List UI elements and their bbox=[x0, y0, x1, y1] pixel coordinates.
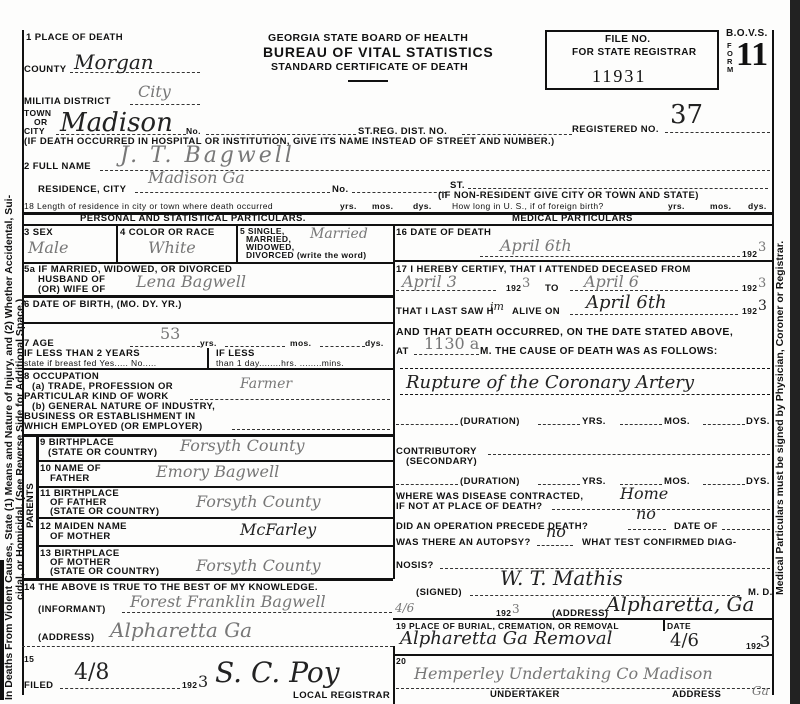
undertaker-label: UNDERTAKER bbox=[490, 689, 560, 700]
file-registrar-label: FOR STATE REGISTRAR bbox=[572, 47, 696, 58]
attended-from-year-prefix: 192 bbox=[506, 283, 521, 293]
burial-year[interactable]: 3 bbox=[760, 632, 770, 651]
form-word: FORM bbox=[727, 42, 735, 74]
length-mos: mos. bbox=[372, 201, 393, 211]
physician-address[interactable]: Alpharetta, Ga bbox=[606, 592, 754, 616]
full-name-label: 2 FULL NAME bbox=[24, 161, 91, 172]
color-value[interactable]: White bbox=[148, 238, 196, 257]
last-saw-value[interactable]: April 6th bbox=[586, 292, 667, 313]
section-1-label: 1 PLACE OF DEATH bbox=[26, 32, 123, 43]
city-value[interactable]: Madison bbox=[60, 108, 173, 138]
duration-2-yrs: YRS. bbox=[582, 476, 606, 487]
length-residence-label: 18 Length of residence in city or town w… bbox=[24, 201, 273, 211]
sex-label: 3 SEX bbox=[24, 227, 53, 238]
parents-label: PARENTS bbox=[25, 483, 36, 528]
title-rule bbox=[348, 80, 388, 82]
lt2-label-2: state if breast fed Yes..... No..... bbox=[24, 358, 157, 368]
marital-value[interactable]: Married bbox=[310, 226, 368, 242]
where-value[interactable]: Home bbox=[620, 484, 668, 503]
nosis-label: NOSIS? bbox=[396, 560, 434, 571]
spouse-value[interactable]: Lena Bagwell bbox=[136, 272, 246, 291]
informant-address-value[interactable]: Alpharetta Ga bbox=[110, 618, 252, 642]
birthplace-value[interactable]: Forsyth County bbox=[180, 436, 305, 455]
personal-section-title: PERSONAL AND STATISTICAL PARTICULARS. bbox=[80, 213, 306, 224]
duration-2-label: (DURATION) bbox=[460, 476, 520, 487]
militia-label: MILITIA DISTRICT bbox=[24, 96, 111, 107]
last-saw-pronoun[interactable]: im bbox=[490, 300, 504, 313]
lt1-label-2: than 1 day........hrs. ........mins. bbox=[216, 358, 344, 368]
us-mos: mos. bbox=[710, 201, 731, 211]
father-bp-value[interactable]: Forsyth County bbox=[196, 492, 321, 511]
mother-value[interactable]: McFarley bbox=[240, 520, 316, 539]
color-label: 4 COLOR OR RACE bbox=[120, 227, 215, 238]
file-no-label: FILE NO. bbox=[605, 34, 650, 45]
file-number: 11931 bbox=[592, 66, 646, 87]
dod-label: 16 DATE OF DEATH bbox=[396, 227, 491, 238]
filed-date[interactable]: 4/8 bbox=[74, 660, 109, 685]
county-label: COUNTY bbox=[24, 64, 67, 75]
father-label-2: FATHER bbox=[50, 473, 90, 484]
registered-no-value[interactable]: 37 bbox=[670, 100, 703, 130]
local-registrar-signature[interactable]: S. C. Poy bbox=[215, 656, 340, 689]
us-length-label: How long in U. S., if of foreign birth? bbox=[452, 201, 604, 211]
burial-date[interactable]: 4/6 bbox=[670, 630, 699, 651]
attended-from-year[interactable]: 3 bbox=[522, 276, 530, 291]
certificate-title: STANDARD CERTIFICATE OF DEATH bbox=[271, 61, 468, 73]
filed-year-prefix: 192 bbox=[182, 680, 197, 690]
cause-label: M. THE CAUSE OF DEATH WAS AS FOLLOWS: bbox=[480, 346, 718, 357]
sex-value[interactable]: Male bbox=[28, 238, 69, 257]
date-of-label: DATE OF bbox=[674, 521, 718, 532]
last-saw-label-2: ALIVE ON bbox=[512, 306, 560, 317]
signed-label: (SIGNED) bbox=[416, 587, 462, 598]
contributory-label-2: (SECONDARY) bbox=[406, 456, 477, 467]
filed-number: 15 bbox=[24, 654, 34, 664]
form-number: 11 bbox=[736, 38, 768, 72]
mother-bp-value[interactable]: Forsyth County bbox=[196, 556, 321, 575]
death-time[interactable]: 1130 a bbox=[424, 334, 479, 353]
informant-label: (INFORMANT) bbox=[38, 604, 106, 615]
attended-to-year[interactable]: 3 bbox=[758, 276, 766, 291]
full-name-value[interactable]: J. T. Bagwell bbox=[120, 143, 295, 168]
to-label: TO bbox=[545, 283, 559, 294]
bureau-title: BUREAU OF VITAL STATISTICS bbox=[263, 44, 494, 60]
marital-label-4: DIVORCED (write the word) bbox=[246, 250, 367, 260]
signed-date[interactable]: 4/6 bbox=[395, 601, 414, 615]
where-label-2: IF NOT AT PLACE OF DEATH? bbox=[396, 501, 543, 512]
operation-value[interactable]: no bbox=[636, 504, 656, 523]
spouse-label-3: (OR) WIFE OF bbox=[38, 284, 106, 295]
father-bp-label-3: (STATE OR COUNTRY) bbox=[50, 506, 159, 517]
us-dys: dys. bbox=[748, 201, 767, 211]
test-label: WHAT TEST CONFIRMED DIAG- bbox=[582, 537, 736, 548]
residence-value[interactable]: Madison Ga bbox=[148, 168, 245, 187]
duration-mos: MOS. bbox=[664, 416, 690, 427]
autopsy-label: WAS THERE AN AUTOPSY? bbox=[396, 537, 531, 548]
father-value[interactable]: Emory Bagwell bbox=[156, 462, 279, 481]
local-registrar-label: LOCAL REGISTRAR bbox=[293, 690, 390, 701]
city-label: CITY bbox=[24, 126, 45, 136]
undertaker-value[interactable]: Hemperley Undertaking Co Madison bbox=[414, 664, 713, 683]
margin-rule-left bbox=[0, 560, 4, 700]
undertaker-address[interactable]: Ga bbox=[752, 684, 769, 698]
dod-year-prefix: 192 bbox=[742, 249, 757, 259]
at-label: AT bbox=[396, 346, 409, 357]
age-dys: dys. bbox=[365, 338, 384, 348]
duration-label: (DURATION) bbox=[460, 416, 520, 427]
attended-to[interactable]: April 6 bbox=[584, 272, 639, 291]
length-dys: dys. bbox=[413, 201, 432, 211]
filed-year[interactable]: 3 bbox=[198, 672, 208, 691]
medical-section-title: MEDICAL PARTICULARS bbox=[512, 213, 633, 224]
cause-value[interactable]: Rupture of the Coronary Artery bbox=[406, 372, 694, 393]
last-saw-label-1: THAT I LAST SAW H bbox=[396, 306, 494, 317]
informant-address-label: (ADDRESS) bbox=[38, 632, 94, 643]
age-value[interactable]: 53 bbox=[160, 324, 180, 343]
dod-value[interactable]: April 6th bbox=[500, 236, 572, 255]
center-divider bbox=[393, 224, 395, 579]
burial-place[interactable]: Alpharetta Ga Removal bbox=[400, 628, 612, 649]
filed-label: FILED bbox=[24, 680, 53, 691]
militia-value[interactable]: City bbox=[138, 82, 171, 101]
board-title: GEORGIA STATE BOARD OF HEALTH bbox=[268, 32, 468, 44]
us-yrs: yrs. bbox=[668, 201, 685, 211]
length-yrs: yrs. bbox=[340, 201, 357, 211]
attended-to-year-prefix: 192 bbox=[742, 283, 757, 293]
county-value[interactable]: Morgan bbox=[74, 50, 154, 74]
age-mos: mos. bbox=[290, 338, 311, 348]
duration-2-dys: DYS. bbox=[746, 476, 770, 487]
last-saw-year-prefix: 192 bbox=[742, 306, 757, 316]
signed-year[interactable]: 3 bbox=[512, 602, 520, 616]
occupation-label-6: WHICH EMPLOYED (OR EMPLOYER) bbox=[24, 421, 203, 432]
duration-dys: DYS. bbox=[746, 416, 770, 427]
right-margin-note: Medical Particulars must be signed by Ph… bbox=[774, 241, 786, 595]
informant-value[interactable]: Forest Franklin Bagwell bbox=[130, 592, 326, 611]
dod-year[interactable]: 3 bbox=[758, 240, 766, 255]
undertaker-address-label: ADDRESS bbox=[672, 689, 721, 700]
birthplace-label-2: (STATE OR COUNTRY) bbox=[48, 447, 157, 458]
mother-label-2: OF MOTHER bbox=[50, 531, 111, 542]
autopsy-value[interactable]: no bbox=[546, 522, 566, 541]
physician-signature[interactable]: W. T. Mathis bbox=[500, 566, 623, 590]
age-yrs: yrs. bbox=[200, 338, 217, 348]
city-no-label: No. bbox=[186, 126, 201, 136]
undertaker-number: 20 bbox=[396, 656, 406, 666]
dob-label: 6 DATE OF BIRTH, (MO. DY. YR.) bbox=[24, 299, 182, 310]
occupation-value[interactable]: Farmer bbox=[240, 376, 292, 392]
attended-from[interactable]: April 3 bbox=[402, 272, 457, 291]
last-saw-year[interactable]: 3 bbox=[758, 298, 767, 314]
nonresident-note: (IF NON-RESIDENT GIVE CITY OR TOWN AND S… bbox=[438, 190, 699, 201]
duration-yrs: YRS. bbox=[582, 416, 606, 427]
residence-label: RESIDENCE, CITY bbox=[38, 184, 126, 195]
margin-rule-right bbox=[790, 0, 800, 704]
registered-no-label: REGISTERED NO. bbox=[572, 124, 659, 135]
residence-no-label: No. bbox=[332, 184, 349, 195]
signed-year-prefix: 192 bbox=[496, 608, 511, 618]
mother-bp-label-3: (STATE OR COUNTRY) bbox=[50, 566, 159, 577]
